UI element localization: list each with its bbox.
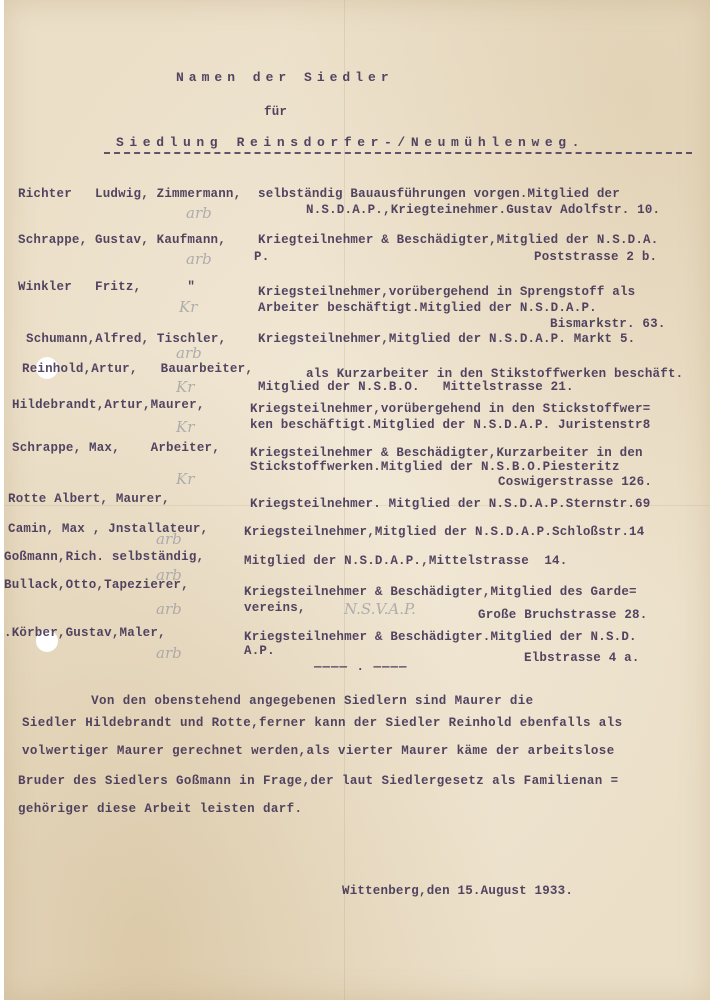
pencil-mark: Kr: [176, 378, 194, 396]
paragraph-line: volwertiger Maurer gerechnet werden,als …: [22, 744, 615, 758]
title-line-3: Siedlung Reinsdorfer-/Neumühlenweg.: [116, 135, 585, 150]
entry-details: Kriegsteilnehmer. Mitglied der N.S.D.A.P…: [250, 497, 650, 511]
paragraph-line: gehöriger diese Arbeit leisten darf.: [18, 802, 302, 816]
entry-details: ken beschäftigt.Mitglied der N.S.D.A.P. …: [250, 418, 650, 432]
entry-name: Richter Ludwig, Zimmermann,: [18, 187, 241, 201]
entry-details: Kriegteilnehmer & Beschädigter,Mitglied …: [258, 233, 658, 247]
pencil-mark: arb: [156, 600, 182, 618]
title-underline: [104, 152, 692, 154]
pencil-mark: Kr: [176, 418, 194, 436]
entry-details: Mitglied der N.S.D.A.P.,Mittelstrasse 14…: [244, 554, 567, 568]
entry-details: Stickstoffwerken.Mitglied der N.S.B.O.Pi…: [250, 460, 620, 474]
pencil-mark: Kr: [179, 298, 197, 316]
entry-details: Kriegsteilnehmer,vorübergehend in den St…: [250, 402, 650, 416]
separator: ———— . ————: [314, 660, 408, 674]
entry-address: Coswigerstrasse 126.: [498, 475, 652, 489]
entry-details: Kriegsteilnehmer & Beschädigter.Mitglied…: [244, 630, 637, 644]
entry-details: als Kurzarbeiter in den Stikstoffwerken …: [306, 367, 683, 381]
entry-name: Schrappe, Gustav, Kaufmann,: [18, 233, 226, 247]
pencil-mark: arb: [186, 204, 212, 222]
entry-details: Kriegsteilnehmer & Beschädigter,Mitglied…: [244, 585, 637, 599]
entry-name: Reinhold,Artur, Bauarbeiter,: [22, 362, 253, 376]
entry-details: Kriegsteilnehmer,Mitglied der N.S.D.A.P.…: [258, 332, 635, 346]
pencil-mark: Kr: [176, 470, 194, 488]
entry-address: Bismarkstr. 63.: [550, 317, 666, 331]
entry-name: Bullack,Otto,Tapezierer,: [4, 578, 189, 592]
pencil-mark: arb: [186, 250, 212, 268]
entry-details: N.S.D.A.P.,Kriegteinehmer.Gustav Adolfst…: [306, 203, 660, 217]
document-page: Namen der Siedler für Siedlung Reinsdorf…: [4, 0, 710, 1000]
pencil-mark: arb: [156, 530, 182, 548]
title-line-2: für: [264, 105, 287, 119]
entry-name: Rotte Albert, Maurer,: [8, 492, 170, 506]
entry-details: P.: [254, 250, 269, 264]
entry-name: .Körber,Gustav,Maler,: [4, 626, 166, 640]
entry-name: Schrappe, Max, Arbeiter,: [12, 441, 220, 455]
pencil-mark: arb: [156, 644, 182, 662]
pencil-mark: arb: [176, 344, 202, 362]
entry-name: Hildebrandt,Artur,Maurer,: [12, 398, 205, 412]
paragraph-line: Bruder des Siedlers Goßmann in Frage,der…: [18, 774, 619, 788]
pencil-mark: N.S.V.A.P.: [344, 600, 416, 618]
entry-name: Goßmann,Rich. selbständig,: [4, 550, 204, 564]
entry-details: vereins,: [244, 601, 306, 615]
place-and-date: Wittenberg,den 15.August 1933.: [342, 884, 573, 898]
entry-details: Kriegsteilnehmer,Mitglied der N.S.D.A.P.…: [244, 525, 644, 539]
paragraph-line: Siedler Hildebrandt und Rotte,ferner kan…: [22, 716, 623, 730]
entry-address: Poststrasse 2 b.: [534, 250, 657, 264]
entry-details: Kriegsteilnehmer & Beschädigter,Kurzarbe…: [250, 446, 643, 460]
title-line-1: Namen der Siedler: [176, 70, 394, 85]
entry-address: Elbstrasse 4 a.: [524, 651, 640, 665]
entry-name: Winkler Fritz, ": [18, 280, 195, 294]
entry-details: Mitglied der N.S.B.O. Mittelstrasse 21.: [258, 380, 574, 394]
entry-details: selbständig Bauausführungen vorgen.Mitgl…: [258, 187, 620, 201]
paragraph-line: Von den obenstehend angegebenen Siedlern…: [20, 694, 534, 708]
entry-details: Arbeiter beschäftigt.Mitglied der N.S.D.…: [258, 301, 597, 315]
entry-address: Große Bruchstrasse 28.: [478, 608, 647, 622]
entry-details: Kriegsteilnehmer,vorübergehend in Spreng…: [258, 285, 635, 299]
entry-details: A.P.: [244, 644, 275, 658]
